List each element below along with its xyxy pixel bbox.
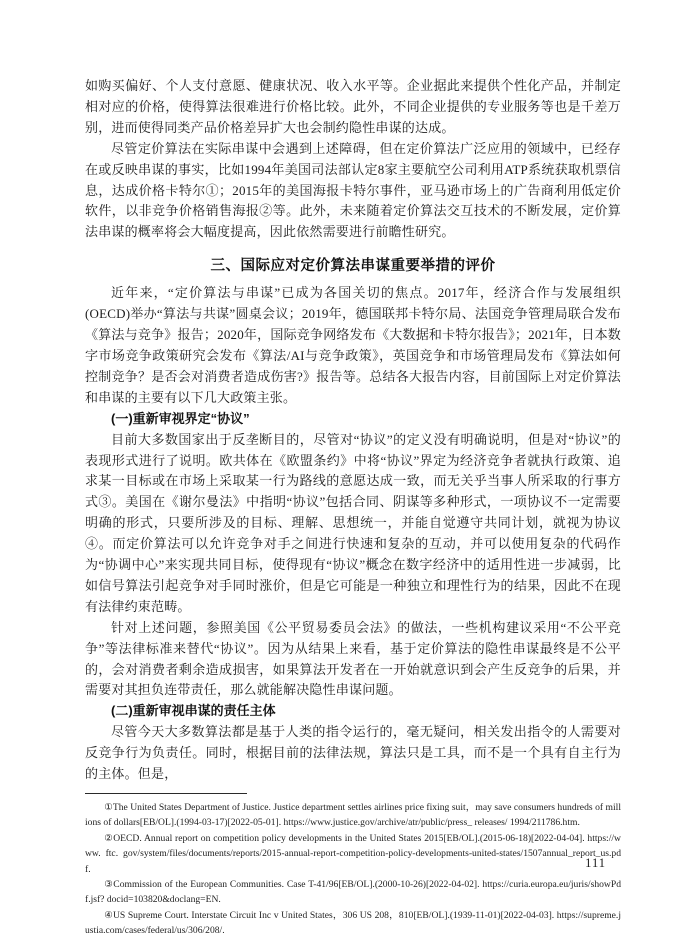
subsection-heading-2: (二)重新审视串谋的责任主体: [85, 701, 621, 722]
subsection-heading-1: (一)重新审视界定“协议”: [85, 409, 621, 430]
text-column: 如购买偏好、个人支付意愿、健康状况、收入水平等。企业据此来提供个性化产品，并制定…: [85, 76, 621, 939]
journal-page: 如购买偏好、个人支付意愿、健康状况、收入水平等。企业据此来提供个性化产品，并制定…: [0, 0, 700, 943]
footnote-section: ①The United States Department of Justice…: [85, 793, 621, 939]
footnote-divider: [85, 793, 247, 794]
section-heading: 三、国际应对定价算法串谋重要举措的评价: [85, 255, 621, 277]
page-number: 111: [585, 856, 606, 871]
paragraph: 尽管定价算法在实际串谋中会遇到上述障碍，但在定价算法广泛应用的领域中，已经存在或…: [85, 139, 621, 244]
footnote-2: ②OECD. Annual report on competition poli…: [85, 831, 621, 877]
footnote-3: ③Commission of the European Communities.…: [85, 877, 621, 908]
paragraph: 尽管今天大多数算法都是基于人类的指令运行的，毫无疑问，相关发出指令的人需要对反竞…: [85, 722, 621, 785]
paragraph: 目前大多数国家出于反垄断目的，尽管对“协议”的定义没有明确说明，但是对“协议”的…: [85, 430, 621, 618]
footnote-1: ①The United States Department of Justice…: [85, 800, 621, 831]
paragraph: 近年来，“定价算法与串谋”已成为各国关切的焦点。2017年，经济合作与发展组织(…: [85, 283, 621, 408]
paragraph: 针对上述问题，参照美国《公平贸易委员会法》的做法，一些机构建议采用“不公平竞争”…: [85, 618, 621, 702]
footnote-4: ④US Supreme Court. Interstate Circuit In…: [85, 908, 621, 939]
paragraph-continuation: 如购买偏好、个人支付意愿、健康状况、收入水平等。企业据此来提供个性化产品，并制定…: [85, 76, 621, 139]
